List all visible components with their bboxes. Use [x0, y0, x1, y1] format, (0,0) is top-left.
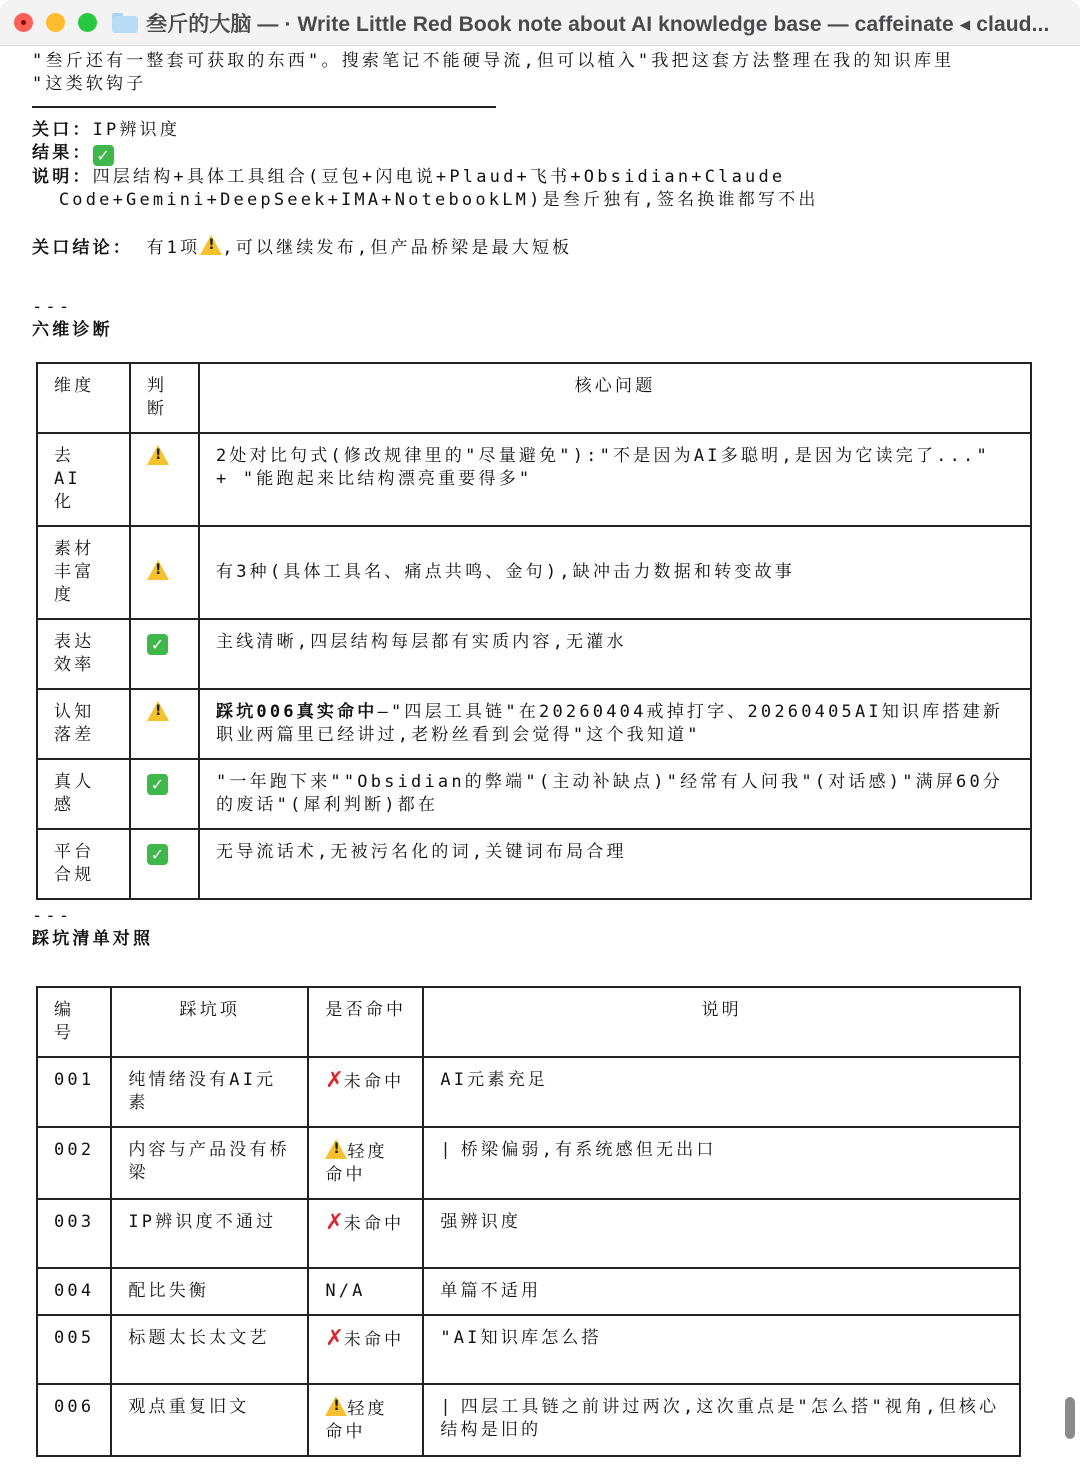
note-cell: | 四层工具链之前讲过两次,这次重点是"怎么搭"视角,但核心结构是旧的: [423, 1384, 1020, 1456]
terminal-output: "叁斤还有一整套可获取的东西"。搜索笔记不能硬导流,但可以植入"我把这套方法整理…: [32, 50, 1072, 96]
verdict-cell: [130, 689, 199, 759]
issue-cell: 无导流话术,无被污名化的词,关键词布局合理: [199, 829, 1031, 899]
table-row: 去AI化 2处对比句式(修改规律里的"尽量避免"):"不是因为AI多聪明,是因为…: [37, 433, 1031, 526]
check-icon: ✓: [147, 844, 168, 865]
section1-rule: ---: [32, 296, 1072, 319]
verdict-cell: ✓: [130, 829, 199, 899]
intro-line-2: "这类软钩子: [32, 73, 1072, 96]
table-row: 002 内容与产品没有桥梁 轻度命中 | 桥梁偏弱,有系统感但无出口: [37, 1127, 1020, 1199]
check-icon: ✓: [147, 634, 168, 655]
table-header-row: 编号 踩坑项 是否命中 说明: [37, 987, 1020, 1057]
note-cell: 强辨识度: [423, 1199, 1020, 1268]
hit-cell: 轻度命中: [308, 1127, 423, 1199]
pitfall-cell: 观点重复旧文: [111, 1384, 308, 1456]
id-cell: 001: [37, 1057, 111, 1127]
id-cell: 006: [37, 1384, 111, 1456]
table-row: 认知落差 踩坑006真实命中—"四层工具链"在20260404戒掉打字、2026…: [37, 689, 1031, 759]
conclusion-label: 关口结论：: [32, 238, 133, 258]
table-row: 平台合规 ✓ 无导流话术,无被污名化的词,关键词布局合理: [37, 829, 1031, 899]
table-row: 表达效率 ✓ 主线清晰,四层结构每层都有实质内容,无灌水: [37, 619, 1031, 689]
section2-title: 踩坑清单对照: [32, 928, 1072, 951]
desc-line-2: Code+Gemini+DeepSeek+IMA+NotebookLM)是叁斤独…: [32, 189, 1072, 212]
conclusion-post: ,可以继续发布,但产品桥梁是最大短板: [222, 238, 572, 258]
gate-label: 关口：: [32, 120, 93, 140]
cross-icon: ✗: [325, 1210, 343, 1235]
warning-icon: [325, 1396, 347, 1416]
pitfall-cell: 内容与产品没有桥梁: [111, 1127, 308, 1199]
verdict-cell: [130, 433, 199, 526]
warning-icon: [200, 235, 222, 255]
hit-cell: ✗未命中: [308, 1057, 423, 1127]
pitfall-cell: 纯情绪没有AI元素: [111, 1057, 308, 1127]
vertical-scrollbar[interactable]: [1065, 1397, 1075, 1439]
verdict-cell: ✓: [130, 759, 199, 829]
id-cell: 003: [37, 1199, 111, 1268]
cross-icon: ✗: [325, 1068, 343, 1093]
table-row: 真人感 ✓ "一年跑下来""Obsidian的弊端"(主动补缺点)"经常有人问我…: [37, 759, 1031, 829]
pitfall-cell: 标题太长太文艺: [111, 1315, 308, 1384]
dimension-cell: 素材丰富度: [37, 526, 130, 619]
note-cell: 单篇不适用: [423, 1268, 1020, 1315]
dimension-cell: 去AI化: [37, 433, 130, 526]
close-window-button[interactable]: [14, 13, 33, 32]
pitfall-cell: IP辨识度不通过: [111, 1199, 308, 1268]
desc-label: 说明：: [32, 167, 93, 187]
warning-icon: [147, 445, 169, 465]
maximize-window-button[interactable]: [78, 13, 97, 32]
hit-cell: N/A: [308, 1268, 423, 1315]
section2-rule: ---: [32, 905, 1072, 928]
issue-cell: 2处对比句式(修改规律里的"尽量避免"):"不是因为AI多聪明,是因为它读完了.…: [199, 433, 1031, 526]
render-glitch-bar: |: [440, 1397, 460, 1417]
issue-cell: 主线清晰,四层结构每层都有实质内容,无灌水: [199, 619, 1031, 689]
check-icon: ✓: [147, 774, 168, 795]
header-id: 编号: [37, 987, 111, 1057]
desc-line-1: 四层结构+具体工具组合(豆包+闪电说+Plaud+飞书+Obsidian+Cla…: [93, 167, 786, 187]
dimension-cell: 表达效率: [37, 619, 130, 689]
warning-icon: [147, 560, 169, 580]
note-cell: | 桥梁偏弱,有系统感但无出口: [423, 1127, 1020, 1199]
six-dimension-table: 维度 判断 核心问题 去AI化 2处对比句式(修改规律里的"尽量避免"):"不是…: [36, 362, 1032, 900]
conclusion-pre: 有1项: [146, 238, 200, 258]
table-row: 004 配比失衡 N/A 单篇不适用: [37, 1268, 1020, 1315]
hit-cell: 轻度命中: [308, 1384, 423, 1456]
note-cell: "AI知识库怎么搭: [423, 1315, 1020, 1384]
gate-block: 关口：IP辨识度 结果：✓ 说明：四层结构+具体工具组合(豆包+闪电说+Plau…: [32, 119, 1072, 342]
gate-value: IP辨识度: [93, 120, 180, 140]
result-label: 结果：: [32, 143, 93, 163]
section1-title: 六维诊断: [32, 319, 1072, 342]
window-titlebar: 叁斤的大脑 — · Write Little Red Book note abo…: [0, 0, 1080, 46]
verdict-cell: ✓: [130, 619, 199, 689]
table-header-row: 维度 判断 核心问题: [37, 363, 1031, 433]
check-icon: ✓: [93, 145, 114, 166]
table-row: 003 IP辨识度不通过 ✗未命中 强辨识度: [37, 1199, 1020, 1268]
dimension-cell: 认知落差: [37, 689, 130, 759]
dimension-cell: 平台合规: [37, 829, 130, 899]
issue-cell: 踩坑006真实命中—"四层工具链"在20260404戒掉打字、20260405A…: [199, 689, 1031, 759]
header-core-issue: 核心问题: [199, 363, 1031, 433]
id-cell: 002: [37, 1127, 111, 1199]
hit-cell: ✗未命中: [308, 1315, 423, 1384]
pitfall-checklist-table: 编号 踩坑项 是否命中 说明 001 纯情绪没有AI元素 ✗未命中 AI元素充足…: [36, 986, 1021, 1457]
header-hit: 是否命中: [308, 987, 423, 1057]
header-pitfall: 踩坑项: [111, 987, 308, 1057]
header-verdict: 判断: [130, 363, 199, 433]
verdict-cell: [130, 526, 199, 619]
warning-icon: [325, 1139, 347, 1159]
horizontal-divider: [32, 106, 496, 108]
minimize-window-button[interactable]: [46, 13, 65, 32]
id-cell: 005: [37, 1315, 111, 1384]
intro-line-1: "叁斤还有一整套可获取的东西"。搜索笔记不能硬导流,但可以植入"我把这套方法整理…: [32, 50, 1072, 73]
window-title: 叁斤的大脑 — · Write Little Red Book note abo…: [146, 8, 1049, 38]
header-note: 说明: [423, 987, 1020, 1057]
hit-cell: ✗未命中: [308, 1199, 423, 1268]
table-row: 006 观点重复旧文 轻度命中 | 四层工具链之前讲过两次,这次重点是"怎么搭"…: [37, 1384, 1020, 1456]
issue-cell: 有3种(具体工具名、痛点共鸣、金句),缺冲击力数据和转变故事: [199, 526, 1031, 619]
warning-icon: [147, 701, 169, 721]
table-row: 001 纯情绪没有AI元素 ✗未命中 AI元素充足: [37, 1057, 1020, 1127]
header-dimension: 维度: [37, 363, 130, 433]
folder-icon: [112, 13, 138, 33]
issue-bold-prefix: 踩坑006真实命中: [216, 702, 378, 722]
table-row: 005 标题太长太文艺 ✗未命中 "AI知识库怎么搭: [37, 1315, 1020, 1384]
dimension-cell: 真人感: [37, 759, 130, 829]
render-glitch-bar: |: [440, 1140, 460, 1160]
cross-icon: ✗: [325, 1326, 343, 1351]
note-cell: AI元素充足: [423, 1057, 1020, 1127]
section2-heading: --- 踩坑清单对照: [32, 905, 1072, 951]
table-row: 素材丰富度 有3种(具体工具名、痛点共鸣、金句),缺冲击力数据和转变故事: [37, 526, 1031, 619]
issue-cell: "一年跑下来""Obsidian的弊端"(主动补缺点)"经常有人问我"(对话感)…: [199, 759, 1031, 829]
id-cell: 004: [37, 1268, 111, 1315]
pitfall-cell: 配比失衡: [111, 1268, 308, 1315]
